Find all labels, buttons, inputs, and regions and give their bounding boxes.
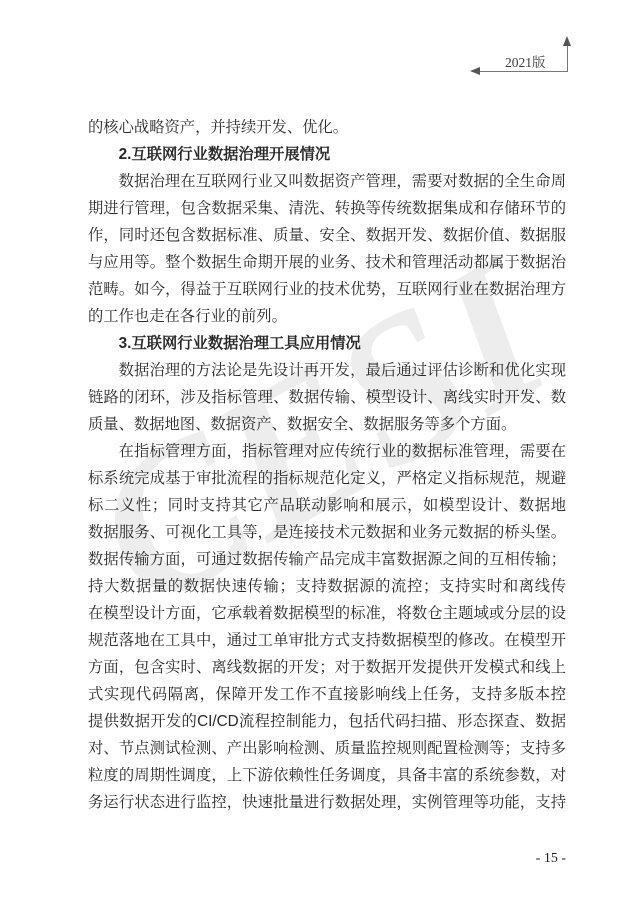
- text-line: 链路的闭环，涉及指标管理、数据传输、模型设计、离线实时开发、数据: [88, 384, 566, 411]
- text-line: 粒度的周期性调度，上下游依赖性任务调度，具备丰富的系统参数，对任: [88, 762, 566, 789]
- header-arrow-horizontal-line: [479, 71, 567, 72]
- text-line: 方面，包含实时、离线数据的开发；对于数据开发提供开发模式和线上模: [88, 654, 566, 681]
- text-line: 对、节点测试检测、产出影响检测、质量监控规则配置检测等；支持多种: [88, 735, 566, 762]
- text-line: 范畴。如今，得益于互联网行业的技术优势，互联网行业在数据治理方面: [88, 276, 566, 303]
- text-line: 的核心战略资产，并持续开发、优化。: [88, 114, 566, 141]
- text-line: 在指标管理方面，指标管理对应传统行业的数据标准管理，需要在指: [88, 438, 566, 465]
- edition-label: 2021版: [505, 51, 546, 71]
- text-line: 作，同时还包含数据标准、质量、安全、数据开发、数据价值、数据服务: [88, 222, 566, 249]
- document-body: 的核心战略资产，并持续开发、优化。2.互联网行业数据治理开展情况数据治理在互联网…: [88, 114, 566, 816]
- text-line: 与应用等。整个数据生命期开展的业务、技术和管理活动都属于数据治理: [88, 249, 566, 276]
- text-line: 务运行状态进行监控，快速批量进行数据处理，实例管理等功能，支持多: [88, 789, 566, 816]
- arrow-up-icon: [563, 36, 571, 46]
- section-heading: 3.互联网行业数据治理工具应用情况: [88, 330, 566, 357]
- text-line: 数据治理在互联网行业又叫数据资产管理，需要对数据的全生命周: [88, 168, 566, 195]
- arrow-left-icon: [470, 67, 480, 75]
- text-line: 数据治理的方法论是先设计再开发，最后通过评估诊断和优化实现全: [88, 357, 566, 384]
- text-line: 数据服务、可视化工具等，是连接技术元数据和业务元数据的桥头堡。在: [88, 519, 566, 546]
- text-line: 持大数据量的数据快速传输；支持数据源的流控；支持实时和离线传输。: [88, 573, 566, 600]
- text-line: 在模型设计方面，它承载着数据模型的标准，将数仓主题域或分层的设计: [88, 600, 566, 627]
- text-line: 数据传输方面，可通过数据传输产品完成丰富数据源之间的互相传输；支: [88, 546, 566, 573]
- text-line: 标二义性；同时支持其它产品联动影响和展示，如模型设计、数据地图、: [88, 492, 566, 519]
- text-line: 提供数据开发的CI/CD流程控制能力，包括代码扫描、形态探查、数据比: [88, 708, 566, 735]
- text-line: 标系统完成基于审批流程的指标规范化定义，严格定义指标规范，规避指: [88, 465, 566, 492]
- page-number: - 15 -: [536, 851, 566, 867]
- text-line: 质量、数据地图、数据资产、数据安全、数据服务等多个方面。: [88, 411, 566, 438]
- section-heading: 2.互联网行业数据治理开展情况: [88, 141, 566, 168]
- header-arrow-vertical-line: [567, 45, 568, 72]
- text-line: 期进行管理，包含数据采集、清洗、转换等传统数据集成和存储环节的工: [88, 195, 566, 222]
- text-line: 规范落地在工具中，通过工单审批方式支持数据模型的修改。在模型开发: [88, 627, 566, 654]
- text-line: 的工作也走在各行业的前列。: [88, 303, 566, 330]
- text-line: 式实现代码隔离，保障开发工作不直接影响线上任务，支持多版本控制；: [88, 681, 566, 708]
- document-page: CESI 2021版 的核心战略资产，并持续开发、优化。2.互联网行业数据治理开…: [0, 0, 642, 907]
